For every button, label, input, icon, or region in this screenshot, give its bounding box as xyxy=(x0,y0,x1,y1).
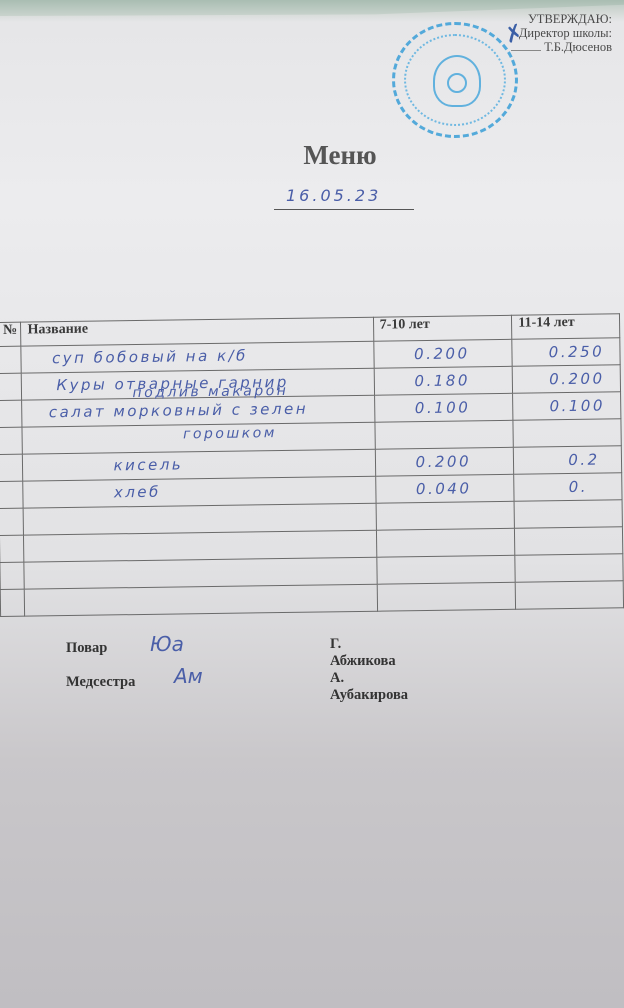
portion-7-10-cell: 0.180 xyxy=(374,366,513,395)
column-header-age-11-14: 11-14 лет xyxy=(512,314,620,340)
portion-11-14-cell xyxy=(515,527,623,556)
portion-value: 0.180 xyxy=(374,367,512,391)
portion-value: 0.100 xyxy=(375,394,513,418)
portion-11-14-cell: 0.2 xyxy=(514,446,622,475)
portion-value xyxy=(375,421,513,427)
signature-name: Г. Абжикова xyxy=(330,636,396,670)
portion-value: 0.200 xyxy=(374,340,512,364)
portion-11-14-cell: 0.200 xyxy=(512,365,620,394)
handwritten-signature: Юа xyxy=(150,632,184,656)
row-number-cell xyxy=(0,508,24,535)
dish-name-cell xyxy=(25,584,377,616)
portion-11-14-cell: 0. xyxy=(514,473,622,502)
approval-role: Директор школы: xyxy=(511,26,612,40)
portion-11-14-cell xyxy=(515,554,623,583)
column-header-age-7-10: 7-10 лет xyxy=(373,315,512,341)
portion-11-14-cell xyxy=(514,500,622,529)
dish-name: хлеб xyxy=(24,477,375,503)
emblem-icon xyxy=(433,55,481,107)
row-number-cell xyxy=(0,427,23,454)
page-title: Меню xyxy=(0,140,624,171)
portion-value xyxy=(376,502,514,508)
menu-date: 16.05.23 xyxy=(274,186,414,210)
signature-name: А. Аубакирова xyxy=(330,670,408,704)
round-seal-icon xyxy=(392,22,518,138)
portion-7-10-cell xyxy=(376,501,515,530)
portion-7-10-cell xyxy=(376,528,515,557)
row-number-cell xyxy=(0,562,25,589)
row-number-cell xyxy=(0,454,23,481)
portion-value xyxy=(377,529,515,535)
dish-name: салат морковный с зелен xyxy=(23,396,374,422)
approval-block: УТВЕРЖДАЮ: Директор школы: Т.Б.Дюсенов xyxy=(511,12,612,54)
row-number-cell xyxy=(0,400,22,427)
portion-11-14-cell xyxy=(515,581,623,610)
portion-7-10-cell xyxy=(375,420,514,449)
row-number-cell xyxy=(0,589,25,616)
dish-name: суп бобовый на к/б xyxy=(22,342,373,368)
portion-value: 0.250 xyxy=(513,338,620,361)
signature-role: Медсестра xyxy=(66,674,135,691)
column-header-number: № xyxy=(0,322,21,346)
approval-name: Т.Б.Дюсенов xyxy=(544,40,612,54)
portion-7-10-cell: 0.040 xyxy=(375,474,514,503)
portion-7-10-cell xyxy=(377,582,516,611)
approval-title: УТВЕРЖДАЮ: xyxy=(511,12,612,26)
signature-role: Повар xyxy=(66,640,107,657)
row-number-cell xyxy=(0,346,22,373)
portion-7-10-cell: 0.200 xyxy=(375,447,514,476)
portion-value: 0.200 xyxy=(513,365,620,388)
portion-11-14-cell xyxy=(513,419,621,448)
portion-value xyxy=(377,556,515,562)
portion-value xyxy=(516,581,623,586)
portion-value xyxy=(515,527,622,532)
portion-7-10-cell: 0.200 xyxy=(373,339,512,368)
row-number-cell xyxy=(0,481,24,508)
portion-7-10-cell xyxy=(376,555,515,584)
row-number-cell xyxy=(0,535,24,562)
signature-line xyxy=(511,50,541,51)
row-number-cell xyxy=(0,373,22,400)
handwritten-signature: Ам xyxy=(174,664,203,688)
portion-value: 0.200 xyxy=(375,448,513,472)
portion-7-10-cell: 0.100 xyxy=(374,393,513,422)
portion-value: 0.100 xyxy=(513,392,620,415)
menu-table: № Название 7-10 лет 11-14 лет суп бобовы… xyxy=(0,313,624,617)
portion-value: 0.2 xyxy=(514,446,621,469)
menu-document: ✗ УТВЕРЖДАЮ: Директор школы: Т.Б.Дюсенов… xyxy=(0,0,624,1008)
portion-value xyxy=(514,419,621,424)
portion-value xyxy=(515,500,622,505)
portion-value xyxy=(516,554,623,559)
dish-name: кисель xyxy=(23,450,374,476)
portion-11-14-cell: 0.250 xyxy=(512,338,620,367)
portion-value xyxy=(377,583,515,589)
portion-11-14-cell: 0.100 xyxy=(513,392,621,421)
portion-value: 0.040 xyxy=(376,475,514,499)
portion-value: 0. xyxy=(514,473,621,496)
